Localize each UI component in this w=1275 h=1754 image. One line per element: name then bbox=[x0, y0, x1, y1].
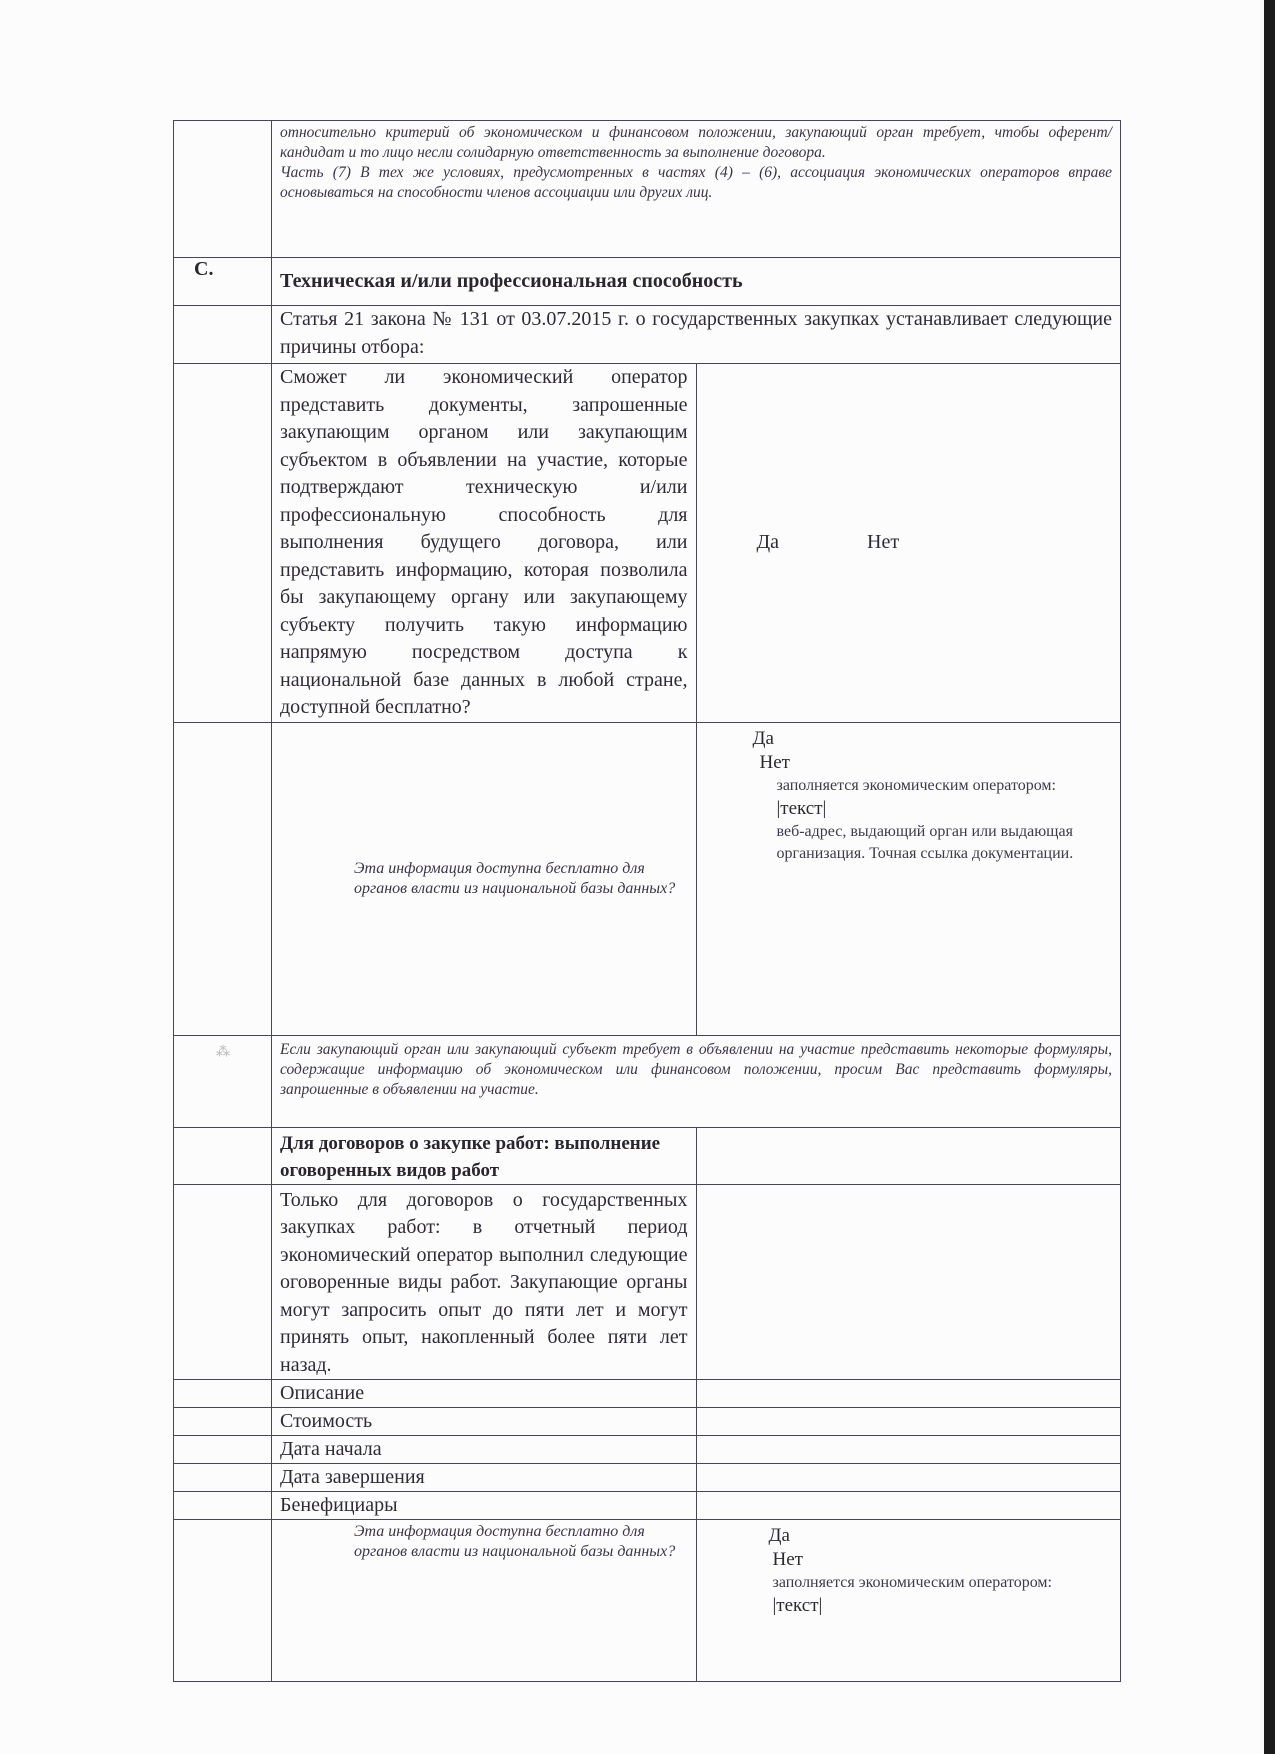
field-row: Описание bbox=[174, 1380, 1121, 1408]
field-row: Дата начала bbox=[174, 1436, 1121, 1464]
law-intro: Статья 21 закона № 131 от 03.07.2015 г. … bbox=[272, 306, 1121, 364]
table-row: Статья 21 закона № 131 от 03.07.2015 г. … bbox=[174, 306, 1121, 364]
question-row: Эта информация доступна бесплатно для ор… bbox=[174, 1520, 1121, 1682]
field-value[interactable] bbox=[696, 1408, 1121, 1436]
continuation-para-2: Часть (7) В тех же условиях, предусмотре… bbox=[280, 163, 1112, 203]
no-option[interactable]: Нет bbox=[769, 1548, 1113, 1572]
question-3-text: Эта информация доступна бесплатно для ор… bbox=[272, 1520, 697, 1682]
section-letter: C. bbox=[174, 258, 272, 306]
field-value[interactable] bbox=[696, 1380, 1121, 1408]
criteria-table: относительно критерий об экономическом и… bbox=[173, 120, 1121, 1682]
yes-option[interactable]: Да bbox=[769, 1524, 1113, 1548]
no-option[interactable]: Нет bbox=[867, 531, 899, 553]
field-row: Бенефициары bbox=[174, 1492, 1121, 1520]
question-2-answer: Да Нет заполняется экономическим операто… bbox=[696, 722, 1121, 1035]
table-row: относительно критерий об экономическом и… bbox=[174, 121, 1121, 258]
continuation-para-1: относительно критерий об экономическом и… bbox=[280, 123, 1112, 163]
field-value[interactable] bbox=[696, 1436, 1121, 1464]
scan-mark: ⁂ bbox=[174, 1035, 272, 1127]
yes-option[interactable]: Да bbox=[757, 531, 780, 553]
table-row: ⁂ Если закупающий орган или закупающий с… bbox=[174, 1035, 1121, 1127]
text-field[interactable]: |текст| bbox=[753, 797, 1113, 821]
operator-hint: заполняется экономическим оператором: bbox=[753, 775, 1113, 797]
section-header-row: C. Техническая и/или профессиональная сп… bbox=[174, 258, 1121, 306]
table-row: Только для договоров о государственных з… bbox=[174, 1184, 1121, 1380]
field-row: Стоимость bbox=[174, 1408, 1121, 1436]
section-title: Техническая и/или профессиональная спосо… bbox=[272, 258, 1121, 306]
works-title: Для договоров о закупке работ: выполнени… bbox=[272, 1127, 697, 1184]
question-3-answer: Да Нет заполняется экономическим операто… bbox=[696, 1520, 1121, 1682]
field-label: Стоимость bbox=[272, 1408, 697, 1436]
no-option[interactable]: Нет bbox=[753, 751, 1113, 775]
field-label: Дата начала bbox=[272, 1436, 697, 1464]
question-2-text: Эта информация доступна бесплатно для ор… bbox=[272, 722, 697, 1035]
field-value[interactable] bbox=[696, 1492, 1121, 1520]
field-label: Бенефициары bbox=[272, 1492, 697, 1520]
question-row: Эта информация доступна бесплатно для ор… bbox=[174, 722, 1121, 1035]
field-row: Дата завершения bbox=[174, 1464, 1121, 1492]
question-1-text: Сможет ли экономический оператор предста… bbox=[272, 364, 697, 723]
field-label: Дата завершения bbox=[272, 1464, 697, 1492]
field-label: Описание bbox=[272, 1380, 697, 1408]
forms-note: Если закупающий орган или закупающий суб… bbox=[272, 1035, 1121, 1127]
scanned-page: относительно критерий об экономическом и… bbox=[0, 0, 1262, 1754]
scan-edge bbox=[1264, 0, 1275, 1754]
question-1-answer: ДаНет bbox=[696, 364, 1121, 723]
reference-hint: веб-адрес, выдающий орган или выдающая о… bbox=[753, 821, 1113, 865]
text-field[interactable]: |текст| bbox=[769, 1594, 1113, 1618]
table-row: Для договоров о закупке работ: выполнени… bbox=[174, 1127, 1121, 1184]
yes-option[interactable]: Да bbox=[753, 727, 1113, 751]
field-value[interactable] bbox=[696, 1464, 1121, 1492]
works-intro: Только для договоров о государственных з… bbox=[272, 1184, 697, 1380]
operator-hint: заполняется экономическим оператором: bbox=[769, 1572, 1113, 1594]
question-row: Сможет ли экономический оператор предста… bbox=[174, 364, 1121, 723]
